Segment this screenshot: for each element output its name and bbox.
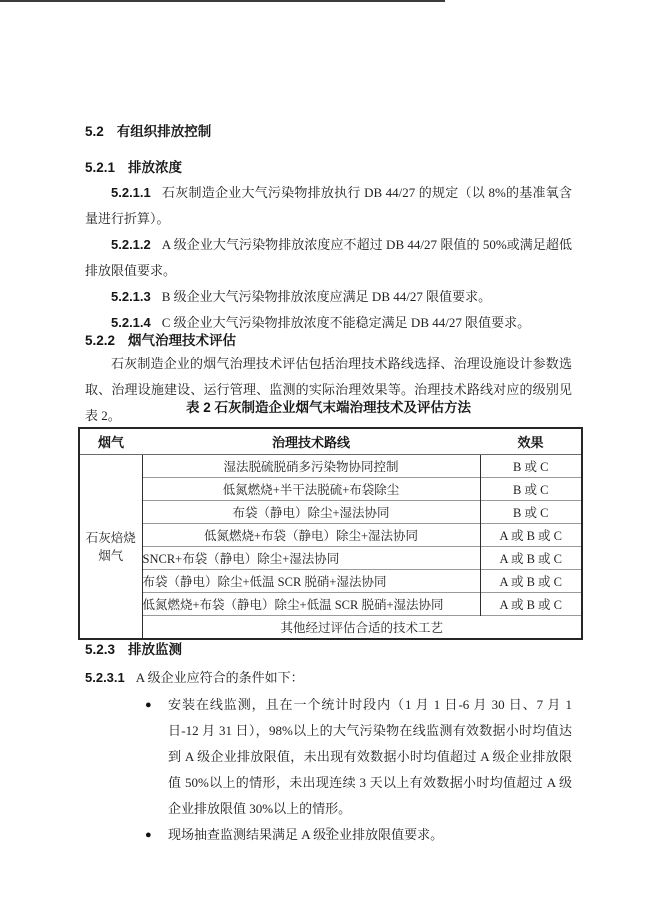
paragraph-number: 5.2.1.2 (111, 237, 151, 252)
section-number: 5.2.1 (85, 160, 115, 175)
document-page: 5.2有组织排放控制 5.2.1排放浓度 5.2.1.1石灰制造企业大气污染物排… (0, 0, 650, 919)
table-row: 低氮燃烧+布袋（静电）除尘+湿法协同 A 或 B 或 C (79, 524, 582, 547)
table-footer-row: 其他经过评估合适的技术工艺 (79, 616, 582, 640)
section-number: 5.2 (85, 124, 104, 139)
paragraph-number: 5.2.1.1 (111, 185, 151, 200)
column-header-effect: 效果 (480, 428, 582, 455)
section-title: 排放监测 (128, 642, 182, 657)
section-number: 5.2.2 (85, 333, 115, 348)
paragraph-text: B 级企业大气污染物排放浓度应满足 DB 44/27 限值要求。 (162, 289, 491, 304)
section-title: 有组织排放控制 (117, 124, 212, 139)
effect-cell: A 或 B 或 C (480, 593, 582, 616)
route-cell: SNCR+布袋（静电）除尘+湿法协同 (142, 547, 480, 570)
paragraph-number: 5.2.1.3 (111, 289, 151, 304)
table-row: SNCR+布袋（静电）除尘+湿法协同 A 或 B 或 C (79, 547, 582, 570)
paragraph-text: 石灰制造企业大气污染物排放执行 DB 44/27 的规定（以 8%的基准氧含量进… (85, 185, 572, 226)
paragraph-text: A 级企业大气污染物排放浓度应不超过 DB 44/27 限值的 50%或满足超低… (85, 237, 572, 278)
table-row: 布袋（静电）除尘+低温 SCR 脱硝+湿法协同 A 或 B 或 C (79, 570, 582, 593)
table-row: 石灰焙烧烟气 湿法脱硫脱硝多污染物协同控制 B 或 C (79, 455, 582, 478)
list-item: ● 安装在线监测，且在一个统计时段内（1 月 1 日-6 月 30 日、7 月 … (145, 692, 572, 822)
table-header-row: 烟气 治理技术路线 效果 (79, 428, 582, 455)
effect-cell: B 或 C (480, 478, 582, 501)
table-row: 低氮燃烧+布袋（静电）除尘+低温 SCR 脱硝+湿法协同 A 或 B 或 C (79, 593, 582, 616)
paragraph-number: 5.2.1.4 (111, 315, 151, 330)
page-number: 5 (85, 823, 572, 841)
list-item-text: 安装在线监测，且在一个统计时段内（1 月 1 日-6 月 30 日、7 月 1 … (168, 692, 572, 822)
paragraph-5-2-1-2: 5.2.1.2A 级企业大气污染物排放浓度应不超过 DB 44/27 限值的 5… (85, 232, 572, 284)
section-number: 5.2.3 (85, 642, 115, 657)
route-cell: 低氮燃烧+布袋（静电）除尘+低温 SCR 脱硝+湿法协同 (142, 593, 480, 616)
table-2-flue-gas-treatment: 烟气 治理技术路线 效果 石灰焙烧烟气 湿法脱硫脱硝多污染物协同控制 B 或 C… (78, 427, 583, 640)
section-heading-5-2-3: 5.2.3排放监测 (85, 640, 182, 660)
row-group-label: 石灰焙烧烟气 (79, 455, 142, 640)
table-caption: 表 2 石灰制造企业烟气末端治理技术及评估方法 (78, 398, 579, 418)
table-row: 低氮燃烧+半干法脱硫+布袋除尘 B 或 C (79, 478, 582, 501)
table-row: 布袋（静电）除尘+湿法协同 B 或 C (79, 501, 582, 524)
section-heading-5-2-1: 5.2.1排放浓度 (85, 158, 182, 178)
paragraph-5-2-3-1: 5.2.3.1A 级企业应符合的条件如下： (85, 665, 572, 691)
section-title: 排放浓度 (128, 160, 182, 175)
section-heading-5-2-2: 5.2.2烟气治理技术评估 (85, 331, 236, 351)
effect-cell: B 或 C (480, 455, 582, 478)
effect-cell: A 或 B 或 C (480, 547, 582, 570)
paragraph-5-2-1-1: 5.2.1.1石灰制造企业大气污染物排放执行 DB 44/27 的规定（以 8%… (85, 180, 572, 232)
section-title: 烟气治理技术评估 (128, 333, 236, 348)
route-cell: 布袋（静电）除尘+湿法协同 (142, 501, 480, 524)
bullet-icon: ● (145, 692, 152, 718)
route-cell: 低氮燃烧+半干法脱硫+布袋除尘 (142, 478, 480, 501)
paragraph-text: C 级企业大气污染物排放浓度不能稳定满足 DB 44/27 限值要求。 (162, 315, 530, 330)
route-cell: 布袋（静电）除尘+低温 SCR 脱硝+湿法协同 (142, 570, 480, 593)
column-header-flue-gas: 烟气 (79, 428, 142, 455)
route-cell: 湿法脱硫脱硝多污染物协同控制 (142, 455, 480, 478)
paragraph-text: A 级企业应符合的条件如下： (136, 670, 304, 685)
effect-cell: A 或 B 或 C (480, 524, 582, 547)
effect-cell: B 或 C (480, 501, 582, 524)
footer-cell: 其他经过评估合适的技术工艺 (142, 616, 582, 640)
paragraph-5-2-1-3: 5.2.1.3B 级企业大气污染物排放浓度应满足 DB 44/27 限值要求。 (85, 284, 572, 310)
paragraph-number: 5.2.3.1 (85, 670, 125, 685)
section-heading-5-2: 5.2有组织排放控制 (85, 122, 211, 142)
effect-cell: A 或 B 或 C (480, 570, 582, 593)
route-cell: 低氮燃烧+布袋（静电）除尘+湿法协同 (142, 524, 480, 547)
column-header-treatment-route: 治理技术路线 (142, 428, 480, 455)
scan-artifact-line (0, 0, 445, 2)
